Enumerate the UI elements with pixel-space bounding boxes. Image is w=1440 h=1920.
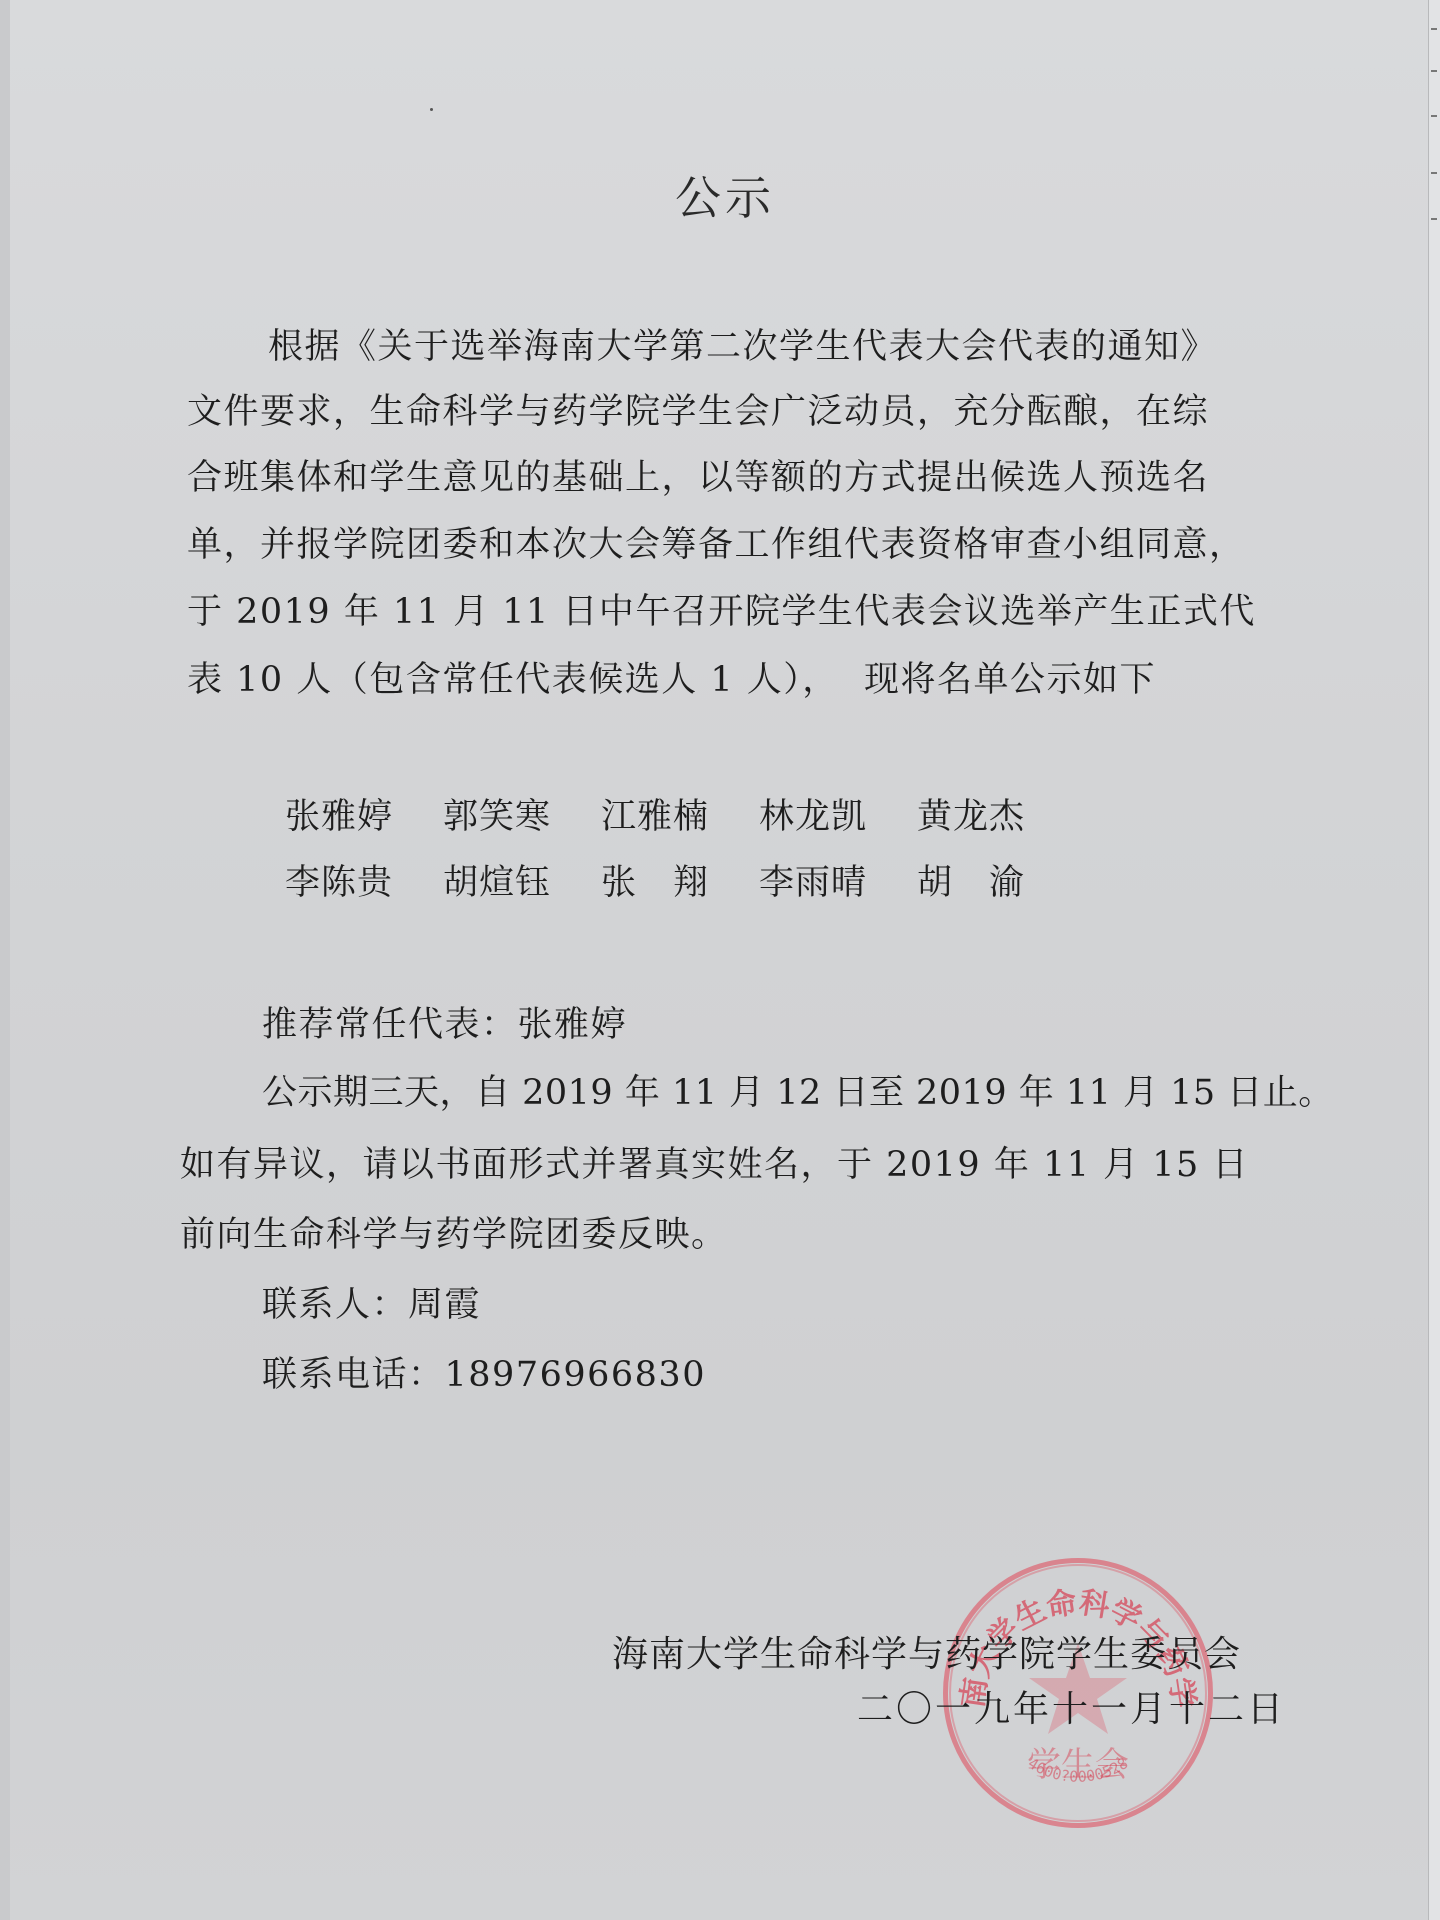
candidate-name: 胡煊钰: [443, 866, 551, 901]
candidate-name: 胡 渝: [917, 866, 1025, 901]
publicity-period: 公示期三天，自 2019 年 11 月 12 日至 2019 年 11 月 15…: [262, 1076, 1334, 1111]
paragraph-line: 表 10 人（包含常任代表候选人 1 人）， 现将名单公示如下: [187, 663, 1156, 698]
standing-rep-label: 推荐常任代表：: [262, 1005, 518, 1045]
contact-person: 周霞: [408, 1285, 481, 1325]
candidate-name: 李陈贵: [285, 866, 393, 901]
candidate-name: 郭笑寒: [443, 800, 551, 835]
paragraph-line: 文件要求，生命科学与药学院学生会广泛动员，充分酝酿，在综: [187, 395, 1209, 430]
candidate-name: 林龙凯: [759, 800, 867, 835]
contact-person-label: 联系人：: [262, 1285, 408, 1325]
edge-mark: [1431, 115, 1437, 117]
contact-phone: 18976966830: [445, 1355, 706, 1395]
page-title: 公示: [675, 175, 775, 221]
candidate-name: 张雅婷: [285, 800, 393, 835]
contact-phone-line: 联系电话：18976966830: [262, 1358, 706, 1393]
objection-line: 如有异议，请以书面形式并署真实姓名，于 2019 年 11 月 15 日: [180, 1148, 1249, 1183]
candidate-name: 张 翔: [601, 866, 709, 901]
contact-person-line: 联系人：周霞: [262, 1288, 481, 1323]
candidate-name: 李雨晴: [759, 866, 867, 901]
underlying-page-edge: [1428, 0, 1440, 1920]
paragraph-line: 单，并报学院团委和本次大会筹备工作组代表资格审查小组同意，: [187, 528, 1246, 563]
standing-rep-line: 推荐常任代表：张雅婷: [262, 1008, 627, 1043]
standing-rep-name: 张雅婷: [518, 1005, 628, 1045]
paper-speck: [430, 108, 433, 111]
candidate-name: 江雅楠: [601, 800, 709, 835]
document-page: [10, 0, 1428, 1920]
paragraph-line: 合班集体和学生意见的基础上，以等额的方式提出候选人预选名: [187, 461, 1209, 496]
edge-mark: [1431, 172, 1437, 174]
edge-mark: [1431, 218, 1437, 220]
edge-mark: [1431, 70, 1437, 72]
paragraph-line: 根据《关于选举海南大学第二次学生代表大会代表的通知》: [268, 330, 1217, 365]
signing-date: 二〇一九年十一月十二日: [857, 1692, 1286, 1728]
edge-mark: [1431, 28, 1437, 30]
signing-organization: 海南大学生命科学与药学院学生委员会: [612, 1637, 1241, 1673]
contact-phone-label: 联系电话：: [262, 1355, 445, 1395]
candidate-name: 黄龙杰: [917, 800, 1025, 835]
paragraph-line: 于 2019 年 11 月 11 日中午召开院学生代表会议选举产生正式代: [187, 595, 1256, 630]
objection-line: 前向生命科学与药学院团委反映。: [180, 1218, 728, 1253]
